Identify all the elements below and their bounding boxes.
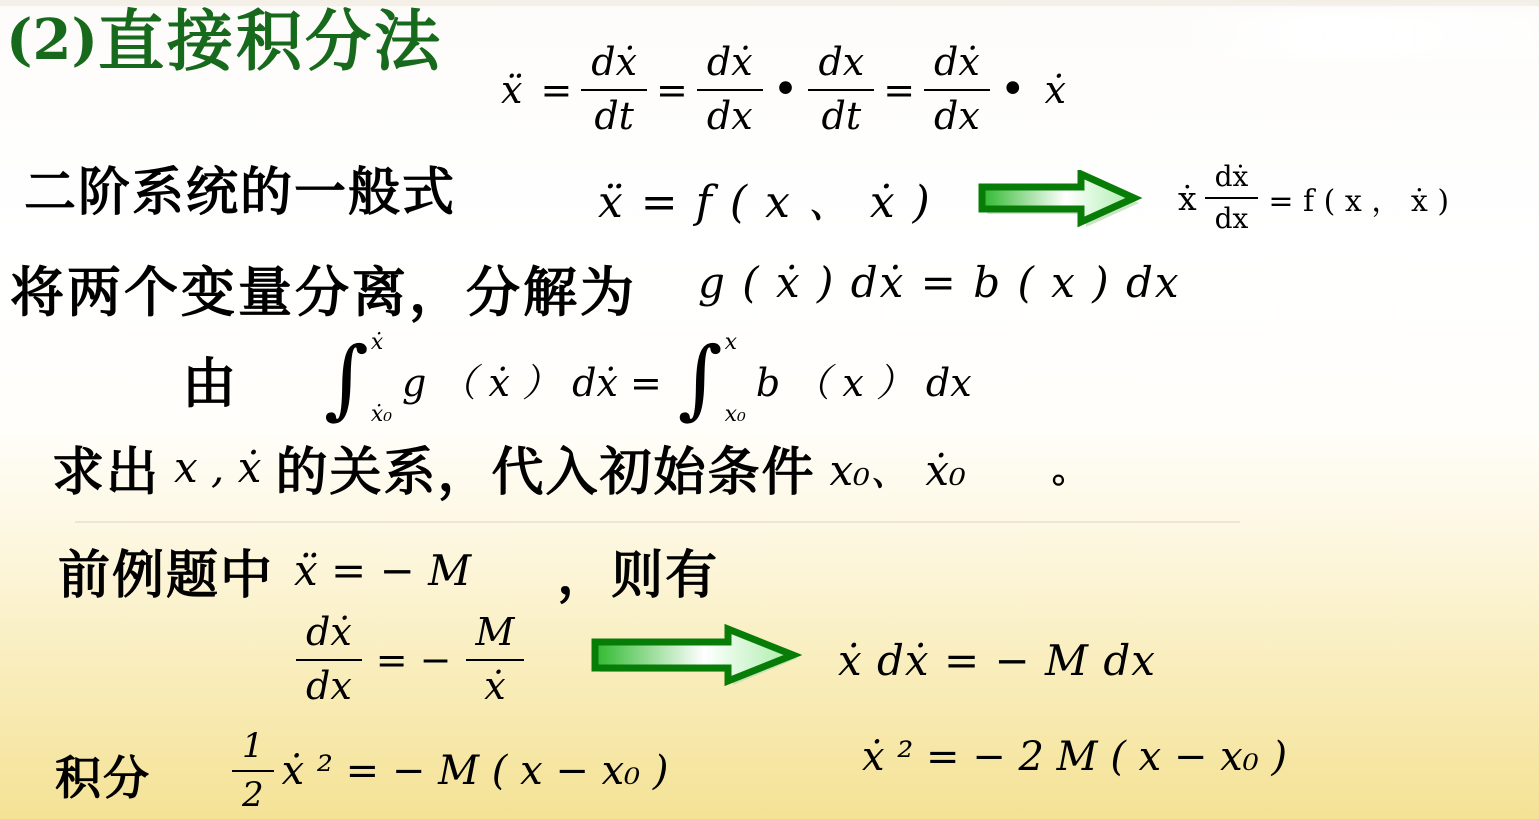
- equals-sign: =: [656, 68, 688, 112]
- arrow-body: [595, 629, 793, 681]
- title-number: (2): [6, 4, 98, 77]
- denominator: dx: [697, 91, 763, 140]
- numerator: dẋ: [296, 610, 362, 661]
- upper-limit: x: [725, 332, 746, 354]
- math-xddot: ẍ: [501, 68, 522, 112]
- row-relation: 求出 x , ẋ 的关系，代入初始条件 x₀、 ẋ₀ 。: [52, 430, 1090, 505]
- section-divider: [75, 521, 1240, 523]
- numerator: dẋ: [1205, 160, 1259, 199]
- fraction-M-xdot: M ẋ: [466, 610, 525, 709]
- numerator: dẋ: [581, 40, 647, 91]
- green-arrow-right-icon: [978, 170, 1144, 232]
- formula-separated: g ( ẋ ) dẋ = b ( x ) dx: [698, 258, 1181, 307]
- label-general-form: 二阶系统的一般式: [24, 150, 456, 225]
- lower-limit: ẋ₀: [371, 404, 392, 426]
- lower-limit: x₀: [725, 404, 746, 426]
- row-example: 前例题中 ẍ = − M ，则有: [58, 533, 719, 608]
- full-stop: 。: [1052, 442, 1090, 493]
- integral-right: ∫ x x₀: [678, 332, 756, 426]
- integral-limits: x x₀: [725, 332, 746, 426]
- equals-minus: = −: [376, 638, 452, 682]
- multiplication-dot-icon: •: [1000, 64, 1026, 115]
- green-arrow-right-icon: [590, 624, 806, 692]
- integral-left: ∫ ẋ ẋ₀: [324, 332, 402, 426]
- fraction-dxdot-dx: dẋ dx: [296, 610, 362, 709]
- math-xddot-equals-negM: ẍ = − M: [294, 546, 471, 595]
- math-integrand-right: b （ x ） dx: [756, 352, 972, 407]
- lecture-slide: (2) 直接积分法 ẍ = dẋ dt = dẋ dx • dx dt = dẋ…: [0, 0, 1539, 819]
- formula-result-half: 1 2 ẋ ² = − M ( x − x₀ ): [232, 726, 669, 816]
- math-xdot: ẋ: [1045, 68, 1066, 112]
- title-text: 直接积分法: [98, 4, 443, 80]
- label-separate-variables: 将两个变量分离，分解为: [10, 250, 637, 327]
- denominator: dt: [812, 91, 872, 140]
- numerator: M: [466, 610, 525, 661]
- label-from: 由: [182, 341, 236, 418]
- formula-general-form: ẍ = f ( x 、 ẋ ): [598, 166, 932, 230]
- numerator: 1: [232, 726, 274, 772]
- label-then: ，则有: [557, 533, 719, 608]
- math-result-left: ẋ ² = − M ( x − x₀ ): [282, 748, 669, 794]
- formula-result-final: ẋ ² = − 2 M ( x − x₀ ): [862, 734, 1287, 780]
- integral-limits: ẋ ẋ₀: [371, 332, 392, 426]
- math-xdot: ẋ: [1178, 179, 1197, 218]
- integral-sign-icon: ∫: [678, 333, 723, 425]
- label-find: 求出: [52, 430, 160, 505]
- math-integrand-left: g （ ẋ ） dẋ =: [402, 352, 662, 407]
- math-x-xdot: x , ẋ: [174, 443, 261, 492]
- fraction-one-half: 1 2: [232, 726, 274, 816]
- fraction-dxdot-dt: dẋ dt: [581, 40, 647, 139]
- label-substitute-initial: 的关系，代入初始条件: [275, 430, 815, 505]
- slide-title: (2) 直接积分法: [6, 4, 443, 80]
- top-right-highlight: [1150, 12, 1539, 60]
- math-rhs: = f ( x ， ẋ ): [1268, 176, 1449, 220]
- denominator: dx: [924, 91, 990, 140]
- numerator: dx: [808, 40, 874, 91]
- upper-limit: ẋ: [371, 332, 392, 354]
- label-previous-example: 前例题中: [58, 533, 274, 608]
- formula-derivative: dẋ dx = − M ẋ: [296, 610, 524, 709]
- numerator: dẋ: [924, 40, 990, 91]
- formula-separated-example: ẋ dẋ = − M dx: [838, 636, 1156, 685]
- equals-sign: =: [883, 68, 915, 112]
- fraction-dx-dt: dx dt: [808, 40, 874, 139]
- row-integration: 由 ∫ ẋ ẋ₀ g （ ẋ ） dẋ = ∫ x x₀ b （ x ） dx: [182, 332, 972, 426]
- fraction-dxdot-dx: dẋ dx: [697, 40, 763, 139]
- fraction-dxdot-dx: dẋ dx: [1205, 160, 1259, 236]
- fraction-dxdot-dx: dẋ dx: [924, 40, 990, 139]
- denominator: dx: [296, 661, 362, 710]
- denominator: 2: [232, 772, 274, 816]
- integral-sign-icon: ∫: [324, 333, 369, 425]
- math-initial-conditions: x₀、 ẋ₀: [829, 438, 965, 498]
- denominator: ẋ: [474, 661, 515, 710]
- denominator: dx: [1205, 199, 1259, 236]
- formula-general-transformed: ẋ dẋ dx = f ( x ， ẋ ): [1178, 160, 1449, 236]
- formula-integrals: ∫ ẋ ẋ₀ g （ ẋ ） dẋ = ∫ x x₀ b （ x ） dx: [324, 332, 972, 426]
- formula-chain-rule: ẍ = dẋ dt = dẋ dx • dx dt = dẋ dx • ẋ: [492, 40, 1075, 139]
- numerator: dẋ: [697, 40, 763, 91]
- multiplication-dot-icon: •: [773, 64, 799, 115]
- denominator: dt: [584, 91, 644, 140]
- label-integrate: 积分: [55, 742, 151, 808]
- equals-sign: =: [540, 68, 572, 112]
